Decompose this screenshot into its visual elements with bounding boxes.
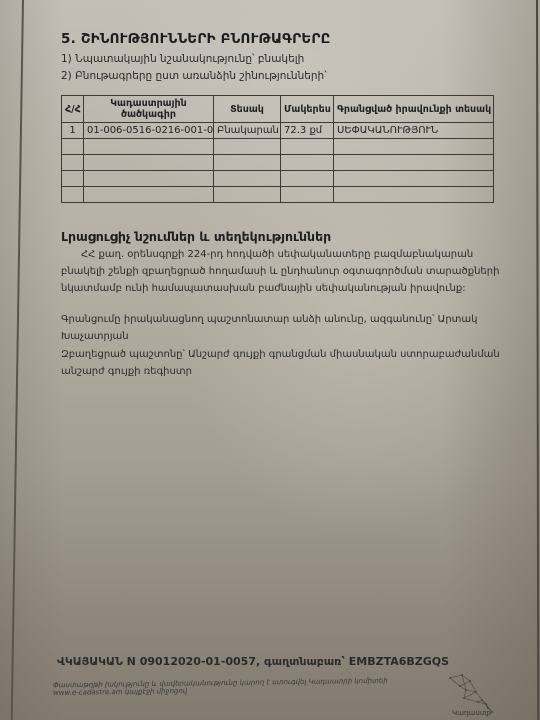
notes-paragraph: ՀՀ քաղ. օրենսգրքի 224-րդ հոդվածի սեփական… bbox=[61, 246, 501, 297]
col-header-cadastral-code: Կադաստրային ծածկագիր bbox=[84, 96, 214, 123]
verification-note-line2: www.e-cadastre.am կայքէջի միջոցով bbox=[53, 687, 187, 697]
registrar-name: Գրանցումը իրականացնող պաշտոնատար անձի ան… bbox=[61, 311, 501, 345]
certificate-number: ՎԿԱՅԱԿԱՆ N 09012020-01-0057, գաղտնաբառ՝ … bbox=[57, 655, 449, 668]
table-row bbox=[62, 187, 494, 203]
cell-empty bbox=[84, 155, 214, 171]
cell-empty bbox=[214, 139, 281, 155]
cell-empty bbox=[62, 171, 84, 187]
cell-empty bbox=[84, 139, 214, 155]
section-item-characteristics: 2) Բնութագրերը ըստ առանձին շինություններ… bbox=[61, 70, 327, 82]
cell-number: 1 bbox=[62, 123, 84, 139]
col-header-number: Հ/Հ bbox=[62, 96, 84, 123]
cell-empty bbox=[334, 171, 494, 187]
table-row bbox=[62, 155, 494, 171]
section-item-purpose: 1) Նպատակային նշանակությունը՝ բնակելի bbox=[61, 53, 304, 65]
cell-empty bbox=[84, 171, 214, 187]
notes-title: Լրացուցիչ նշումներ և տեղեկություններ bbox=[61, 229, 331, 244]
logo-text: Կադաստր bbox=[452, 709, 491, 717]
cell-empty bbox=[281, 139, 334, 155]
page-edge-left bbox=[11, 0, 24, 720]
page-edge-right bbox=[536, 0, 539, 720]
cell-empty bbox=[334, 155, 494, 171]
col-header-cadastral-code-text: Կադաստրային ծածկագիր bbox=[110, 98, 186, 120]
cell-empty bbox=[62, 139, 84, 155]
cell-right-type: ՍԵՓԱԿԱՆՈՒԹՅՈՒՆ bbox=[334, 123, 494, 139]
cell-empty bbox=[334, 139, 494, 155]
cell-empty bbox=[281, 187, 334, 203]
registrar-position: Զբաղեցրած պաշտոնը՝ Անշարժ գույքի գրանցմա… bbox=[61, 346, 501, 380]
cell-area: 72.3 քմ bbox=[281, 123, 334, 139]
col-header-area: Մակերես bbox=[281, 96, 334, 123]
cell-type: Բնակարան bbox=[214, 123, 281, 139]
table-header-row: Հ/Հ Կադաստրային ծածկագիր Տեսակ Մակերես Գ… bbox=[62, 96, 494, 123]
cell-empty bbox=[214, 187, 281, 203]
cell-cadastral-code: 01-006-0516-0216-001-014 bbox=[84, 123, 214, 139]
table-row: 1 01-006-0516-0216-001-014 Բնակարան 72.3… bbox=[62, 123, 494, 139]
cell-empty bbox=[334, 187, 494, 203]
buildings-table: Հ/Հ Կադաստրային ծածկագիր Տեսակ Մակերես Գ… bbox=[61, 95, 494, 203]
cell-empty bbox=[62, 155, 84, 171]
col-header-type: Տեսակ bbox=[214, 96, 281, 123]
cell-empty bbox=[281, 155, 334, 171]
col-header-right-type: Գրանցված իրավունքի տեսակ bbox=[334, 96, 494, 123]
cell-empty bbox=[281, 171, 334, 187]
section-title: 5. ՇԻՆՈՒԹՅՈՒՆՆԵՐԻ ԲՆՈՒԹԱԳՐԵՐԸ bbox=[61, 31, 331, 47]
cell-empty bbox=[84, 187, 214, 203]
table-row bbox=[62, 171, 494, 187]
cell-empty bbox=[214, 155, 281, 171]
cell-empty bbox=[62, 187, 84, 203]
cell-empty bbox=[214, 171, 281, 187]
table-row bbox=[62, 139, 494, 155]
